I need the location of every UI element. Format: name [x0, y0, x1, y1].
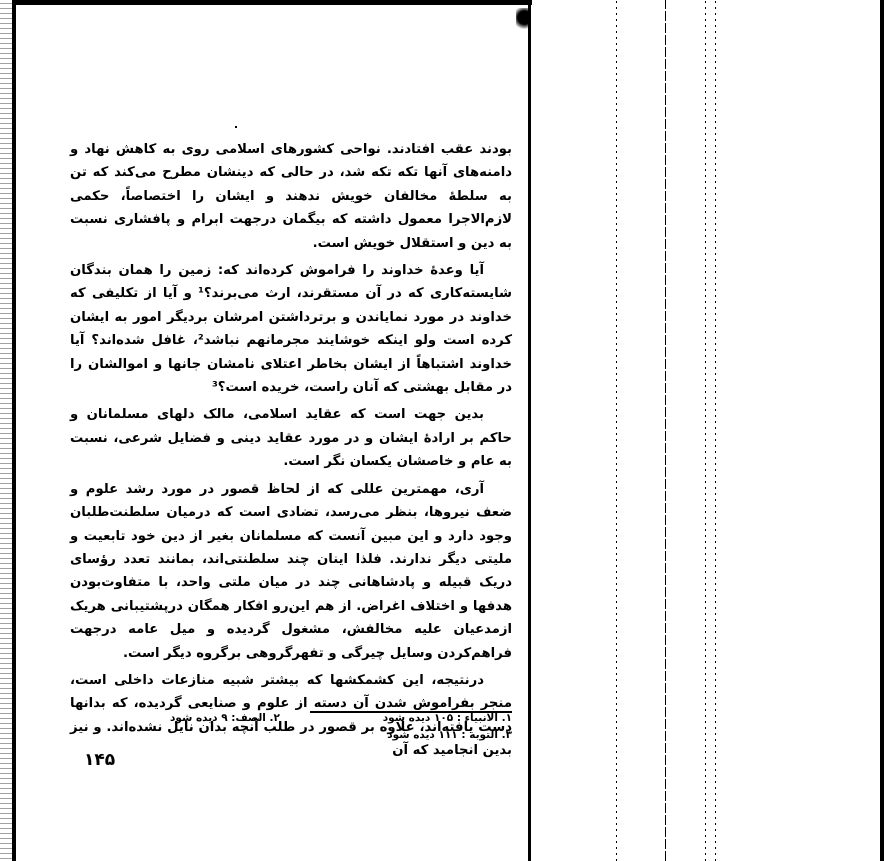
- paragraph-1: بودند عقب افتادند. نواحی کشورهای اسلامی …: [70, 138, 512, 255]
- page-body: بودند عقب افتادند. نواحی کشورهای اسلامی …: [70, 138, 512, 763]
- scan-dotted-line: [705, 0, 706, 861]
- paragraph-4: آری، مهمترین عللی که از لحاظ قصور در مور…: [70, 478, 512, 665]
- scan-right-border: [880, 0, 884, 861]
- scan-left-border: [12, 0, 16, 861]
- scan-left-edge-noise: [0, 0, 12, 861]
- scan-top-border: [12, 0, 532, 5]
- paragraph-3: بدین جهت است که عقاید اسلامی، مالک دلهای…: [70, 403, 512, 473]
- footnote-2: ۲. الصف: ۹ دیده شود: [170, 710, 280, 727]
- page-number: ۱۴۵: [84, 750, 115, 770]
- scan-dotted-line: [616, 0, 617, 861]
- footnote-1: ۱. الانبیاء : ۱۰۵ دیده شود: [383, 710, 512, 727]
- speck: [235, 126, 237, 128]
- scan-dotted-line: [715, 0, 716, 861]
- paragraph-2: آیا وعدهٔ خداوند را فراموش کرده‌اند که: …: [70, 259, 512, 399]
- scan-dashed-line: [665, 0, 666, 861]
- footnotes: ۱. الانبیاء : ۱۰۵ دیده شود ۲. الصف: ۹ دی…: [170, 710, 512, 744]
- page-right-border: [528, 0, 531, 861]
- footnote-3: ۳. التوبه : ۱۱۱ دیده شود: [387, 727, 512, 744]
